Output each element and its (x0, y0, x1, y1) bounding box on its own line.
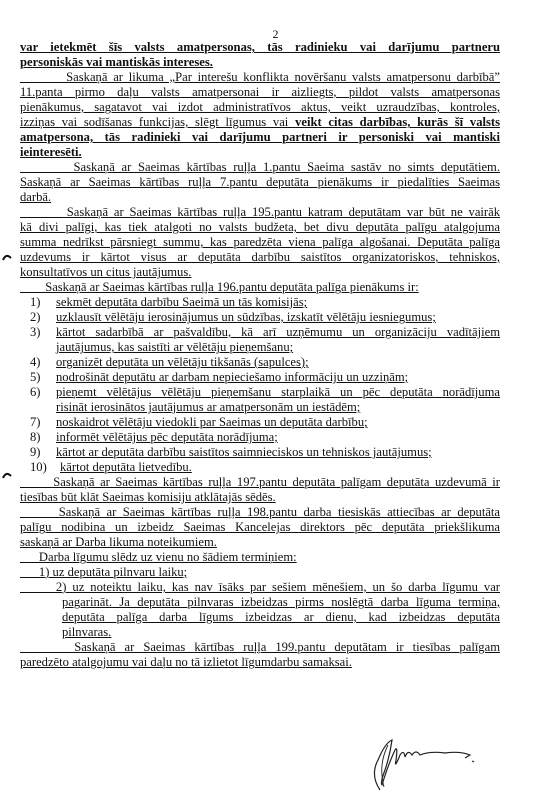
text-run: saskaņā ar Darba likuma noteikumiem. (20, 535, 217, 549)
text-run: deputāta palīga darba līgums izbeidzas a… (62, 610, 500, 624)
list-number: 1) (30, 295, 54, 310)
text-line: paredzēto atalgojumu vai daļu no tā izli… (20, 655, 500, 670)
list-number: 10) (30, 460, 54, 475)
text-line: konsultatīvos un citus jautājumus. (20, 265, 500, 280)
text-run: amatpersona, tās radinieki vai darījumu … (20, 130, 500, 144)
text-run: Saskaņā ar Saeimas kārtības ruļļa 198.pa… (20, 505, 500, 519)
list-item: noskaidrot vēlētāju viedokli par Saeimas… (56, 415, 500, 430)
margin-mark-icon (2, 468, 12, 483)
text-line: 1) uz deputāta pilnvaru laiku; (20, 565, 500, 580)
text-run: var ietekmēt šīs valsts amatpersonas, tā… (20, 40, 500, 54)
text-run: darbā. (20, 190, 51, 204)
text-run: Saskaņā ar Saeimas kārtības ruļļa 7.pant… (20, 175, 500, 189)
list-item: kārtot sadarbībā ar pašvaldību, kā arī u… (56, 325, 500, 340)
text-line: 11.panta pirmo daļu valsts amatpersonai … (20, 85, 500, 100)
text-run: Saskaņā ar likuma „Par interešu konflikt… (20, 70, 500, 84)
margin-mark-icon (2, 250, 12, 265)
text-run: Saskaņā ar Saeimas kārtības ruļļa 195.pa… (20, 205, 500, 219)
text-run: sekmēt deputāta darbību Saeimā un tās ko… (56, 295, 307, 309)
text-line: amatpersona, tās radinieki vai darījumu … (20, 130, 500, 145)
text-run: izziņas vai sodīšanas funkcijas, slēgt l… (20, 115, 295, 129)
list-item: nodrošināt deputātu ar darbam nepiecieša… (56, 370, 500, 385)
signature-image (360, 735, 500, 799)
text-line: var ietekmēt šīs valsts amatpersonas, tā… (20, 40, 500, 55)
list-item: kārtot ar deputāta darbību saistītos sai… (56, 445, 500, 460)
text-run: pienākumus, sagatavot vai izdot administ… (20, 100, 500, 114)
text-line: pagarināt. Ja deputāta pilnvaras izbeidz… (62, 595, 500, 610)
text-run: pagarināt. Ja deputāta pilnvaras izbeidz… (62, 595, 500, 609)
text-line: Saskaņā ar Saeimas kārtības ruļļa 1.pant… (20, 160, 500, 175)
text-run: personiskās vai mantiskās intereses. (20, 55, 213, 69)
text-run: 2) uz noteiktu laiku, kas nav īsāks par … (20, 580, 500, 594)
list-item: pieņemt vēlētājus vēlētāju pieņemšanu st… (56, 385, 500, 400)
text-line: Saskaņā ar Saeimas kārtības ruļļa 197.pa… (20, 475, 500, 490)
text-run: Saskaņā ar Saeimas kārtības ruļļa 196.pa… (20, 280, 419, 294)
text-run: Saskaņā ar Saeimas kārtības ruļļa 199.pa… (20, 640, 500, 654)
text-line: Saskaņā ar Saeimas kārtības ruļļa 198.pa… (20, 505, 500, 520)
text-line: Saskaņā ar Saeimas kārtības ruļļa 7.pant… (20, 175, 500, 190)
text-line: ieinteresēti. (20, 145, 500, 160)
text-run: kā divi palīgi, kas tiek atalgoti no val… (20, 220, 500, 234)
list-item: organizēt deputāta un vēlētāju tikšanās … (56, 355, 500, 370)
text-run: kārtot sadarbībā ar pašvaldību, kā arī u… (56, 325, 500, 339)
text-run: Darba līgumu slēdz uz vienu no šādiem te… (20, 550, 297, 564)
text-line: Saskaņā ar Saeimas kārtības ruļļa 196.pa… (20, 280, 500, 295)
text-run: Saskaņā ar Saeimas kārtības ruļļa 1.pant… (20, 160, 500, 174)
text-line: Saskaņā ar Saeimas kārtības ruļļa 199.pa… (20, 640, 500, 655)
text-line: Darba līgumu slēdz uz vienu no šādiem te… (20, 550, 500, 565)
list-item: sekmēt deputāta darbību Saeimā un tās ko… (56, 295, 500, 310)
text-run: uzklausīt vēlētāju ierosinājumus un sūdz… (56, 310, 436, 324)
text-line: pilnvaras. (62, 625, 500, 640)
text-line: tiesības būt klāt Saeimas komisiju atklā… (20, 490, 500, 505)
text-line: palīgu nodibina un izbeidz Saeimas Kance… (20, 520, 500, 535)
text-line: kā divi palīgi, kas tiek atalgoti no val… (20, 220, 500, 235)
text-run: veikt citas darbības, kurās šī valsts (295, 115, 500, 129)
text-run: nodrošināt deputātu ar darbam nepiecieša… (56, 370, 408, 384)
text-line: risināt ierosinātos jautājumus ar amatpe… (56, 400, 500, 415)
text-run: risināt ierosinātos jautājumus ar amatpe… (56, 400, 360, 414)
text-line: darbā. (20, 190, 500, 205)
text-run: noskaidrot vēlētāju viedokli par Saeimas… (56, 415, 368, 429)
list-number: 2) (30, 310, 54, 325)
list-item: kārtot deputāta lietvedību. (60, 460, 500, 475)
text-run: informēt vēlētājus pēc deputāta norādīju… (56, 430, 278, 444)
text-run: konsultatīvos un citus jautājumus. (20, 265, 191, 279)
text-run: tiesības būt klāt Saeimas komisiju atklā… (20, 490, 276, 504)
text-line: summa nedrīkst pārsniegt summu, kas pare… (20, 235, 500, 250)
text-line: pienākumus, sagatavot vai izdot administ… (20, 100, 500, 115)
text-line: personiskās vai mantiskās intereses. (20, 55, 500, 70)
text-line: Saskaņā ar Saeimas kārtības ruļļa 195.pa… (20, 205, 500, 220)
list-number: 3) (30, 325, 54, 340)
text-line: saskaņā ar Darba likuma noteikumiem. (20, 535, 500, 550)
text-run: palīgu nodibina un izbeidz Saeimas Kance… (20, 520, 500, 534)
text-run: jautājumus, kas saistīti ar vēlētāju pie… (56, 340, 293, 354)
text-run: 11.panta pirmo daļu valsts amatpersonai … (20, 85, 500, 99)
text-run: kārtot deputāta lietvedību. (60, 460, 192, 474)
text-run: organizēt deputāta un vēlētāju tikšanās … (56, 355, 309, 369)
list-number: 8) (30, 430, 54, 445)
text-run: summa nedrīkst pārsniegt summu, kas pare… (20, 235, 500, 249)
text-run: paredzēto atalgojumu vai daļu no tā izli… (20, 655, 352, 669)
text-line: deputāta palīga darba līgums izbeidzas a… (62, 610, 500, 625)
list-number: 6) (30, 385, 54, 400)
text-line: 2) uz noteiktu laiku, kas nav īsāks par … (20, 580, 500, 595)
text-line: uzdevums ir kārtot visus ar deputāta dar… (20, 250, 500, 265)
text-line: izziņas vai sodīšanas funkcijas, slēgt l… (20, 115, 500, 130)
text-run: 1) uz deputāta pilnvaru laiku; (20, 565, 187, 579)
list-number: 9) (30, 445, 54, 460)
list-number: 5) (30, 370, 54, 385)
text-line: Saskaņā ar likuma „Par interešu konflikt… (20, 70, 500, 85)
text-run: pilnvaras. (62, 625, 111, 639)
text-run: Saskaņā ar Saeimas kārtības ruļļa 197.pa… (20, 475, 500, 489)
list-item: uzklausīt vēlētāju ierosinājumus un sūdz… (56, 310, 500, 325)
list-item: informēt vēlētājus pēc deputāta norādīju… (56, 430, 500, 445)
text-run: ieinteresēti. (20, 145, 82, 159)
text-line: jautājumus, kas saistīti ar vēlētāju pie… (56, 340, 500, 355)
text-run: pieņemt vēlētājus vēlētāju pieņemšanu st… (56, 385, 500, 399)
text-run: kārtot ar deputāta darbību saistītos sai… (56, 445, 432, 459)
list-number: 7) (30, 415, 54, 430)
text-run: uzdevums ir kārtot visus ar deputāta dar… (20, 250, 500, 264)
list-number: 4) (30, 355, 54, 370)
